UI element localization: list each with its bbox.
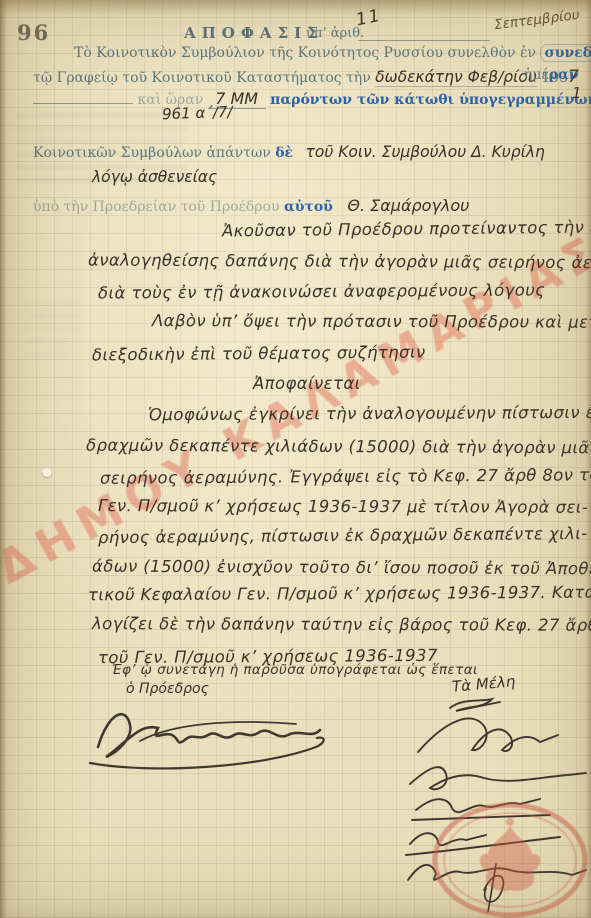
decision-number-label: ὑπ’ ἀριθ. xyxy=(306,26,364,41)
official-seal xyxy=(428,798,591,918)
day-label: ἡμέ xyxy=(524,67,549,83)
presidency-bold: αὐτοῦ xyxy=(284,199,333,215)
verdict-heading: Ἀποφαίνεται xyxy=(253,374,361,393)
decision-title: ΑΠΟΦΑΣΙΣ xyxy=(184,24,324,42)
body-line: Ἀκοῦσαν τοῦ Προέδρου προτείναντος τὴν ἔγ… xyxy=(222,217,591,241)
body-line: ρήνος ἀεραμύνης, πίστωσιν ἐκ δραχμῶν δεκ… xyxy=(98,524,588,547)
councillors-printed: Κοινοτικῶν Συμβούλων ἁπάντων xyxy=(33,145,271,161)
scanned-document-page: ΔΗΜΟΥ ΚΑΛΑΜΑΡΙΑΣ 96 ΑΠΟΦΑΣΙΣ ὑπ’ ἀριθ. 1… xyxy=(0,0,591,918)
presidency-printed: ὑπὸ τὴν Προεδρείαν τοῦ Προέδρου xyxy=(33,199,279,215)
decision-number-blank xyxy=(358,24,490,41)
date-blank: δωδεκάτην Φεβ/ρίου xyxy=(375,68,537,87)
councillors-line: Κοινοτικῶν Συμβούλων ἁπάντων δὲ τοῦ Κοιν… xyxy=(33,143,545,161)
body-line: ἀναλογηθείσης δαπάνης διὰ τὴν ἀγορὰν μιᾶ… xyxy=(88,250,591,272)
body-line: διεξοδικὴν ἐπὶ τοῦ θέματος συζήτησιν xyxy=(92,343,426,365)
hour-line: καὶ ὥραν 7 ΜΜ παρόντων τῶν κάτωθι ὑπογεγ… xyxy=(33,89,591,109)
body-line: σειρήνος ἀεραμύνης. Ἐγγράψει εἰς τὸ Κεφ.… xyxy=(100,465,591,488)
page-number: 96 xyxy=(17,20,50,45)
intro-line-1-text: Τὸ Κοινοτικὸν Συμβούλιον τῆς Κοινότητος … xyxy=(74,45,536,61)
body-line: τικοῦ Κεφαλαίου Γεν. Π/σμοῦ κ’ χρήσεως 1… xyxy=(88,583,591,605)
body-line: δραχμῶν δεκαπέντε χιλιάδων (15000) διὰ τ… xyxy=(86,436,591,458)
intro-line-1-emphasis: συνεδριάσει ἐν xyxy=(540,44,591,62)
seal-emblem xyxy=(480,826,541,891)
intro-line-2-text: τῷ Γραφείῳ τοῦ Κοινοτικοῦ Καταστήματος τ… xyxy=(33,70,371,86)
body-line: διὰ τοὺς ἐν τῇ ἀνακοινώσει ἀναφερομένους… xyxy=(98,280,545,302)
presidency-line: ὑπὸ τὴν Προεδρείαν τοῦ Προέδρου αὐτοῦ Θ.… xyxy=(33,196,469,215)
margin-mark: 1 xyxy=(572,84,582,102)
body-line: Ἐφ’ ᾧ συνετάγη ἡ παροῦσα ὑπογράφεται ὡς … xyxy=(112,662,478,678)
paper-hole xyxy=(42,468,52,477)
intro-line-2: τῷ Γραφείῳ τοῦ Κοινοτικοῦ Καταστήματος τ… xyxy=(33,67,579,87)
body-line: Λαβὸν ὑπ’ ὄψει τὴν πρότασιν τοῦ Προέδρου… xyxy=(152,311,591,332)
day-field: ἡμέραν xyxy=(524,67,579,83)
present-clause: παρόντων τῶν κάτωθι ὑπογεγραμμένων xyxy=(270,92,591,108)
body-line: Ὁμοφώνως ἐγκρίνει τὴν ἀναλογουμένην πίστ… xyxy=(148,403,591,424)
paper-top-edge xyxy=(0,0,591,15)
day-label-bold: ραν xyxy=(549,67,579,83)
president-name: Θ. Σαμάρογλου xyxy=(347,196,469,215)
paper-left-edge xyxy=(0,0,7,918)
day-blank xyxy=(33,103,133,104)
absence-note: λόγῳ ἀσθενείας xyxy=(92,168,217,186)
body-line: Γεν. Π/σμοῦ κ’ χρήσεως 1936-1937 μὲ τίτλ… xyxy=(98,496,588,517)
president-signature xyxy=(78,695,338,775)
body-line: λογίζει δὲ τὴν δαπάνην ταύτην εἰς βάρος … xyxy=(92,614,591,635)
councillors-bold: δὲ xyxy=(275,145,293,161)
date-value: δωδεκάτην Φεβ/ρίου xyxy=(375,68,537,86)
councillors-handwritten: τοῦ Κοιν. Συμβούλου Δ. Κυρίλη xyxy=(306,143,545,161)
protocol-annotation: 961 α´/7/ xyxy=(162,103,233,123)
ink-bleed-through xyxy=(22,300,82,356)
intro-line-1: Τὸ Κοινοτικὸν Συμβούλιον τῆς Κοινότητος … xyxy=(74,45,591,61)
body-line: άδων (15000) ἐνισχῦον τοῦτο δι’ ἴσου ποσ… xyxy=(92,557,591,579)
